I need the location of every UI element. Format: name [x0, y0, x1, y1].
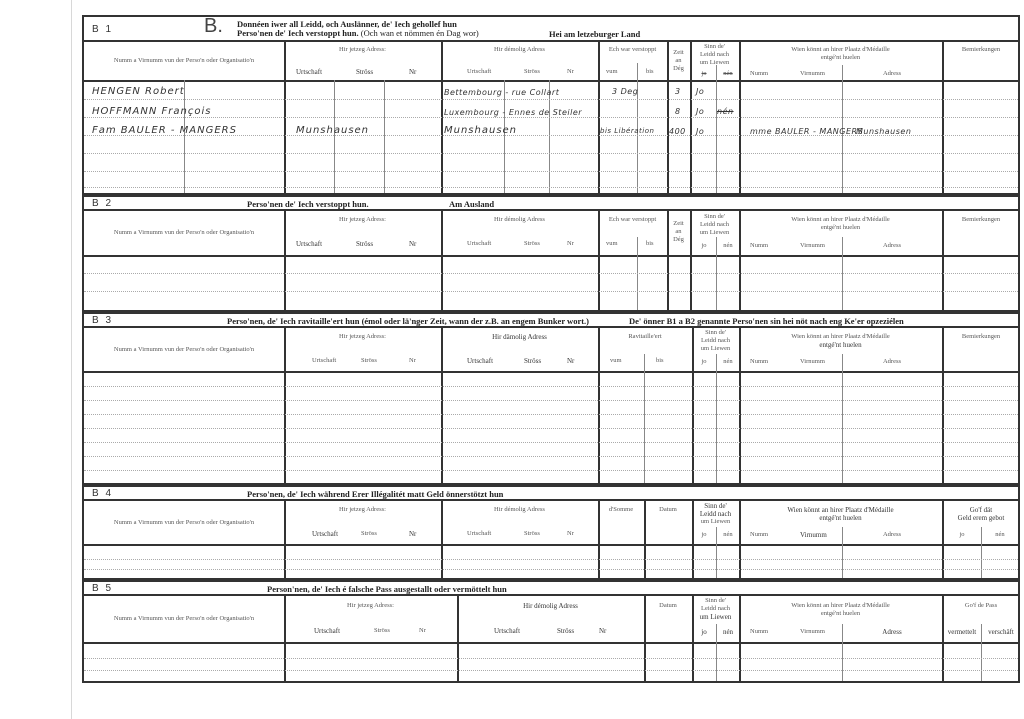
col-divider — [716, 354, 717, 483]
entry-period: 3 Deg — [612, 87, 638, 96]
header-from: vum — [606, 240, 618, 248]
entry-former-address: Bettembourg - rue Collart — [444, 88, 559, 97]
header-medal-1: Wien könnt an hirer Plaatz d'Médaille — [739, 506, 942, 514]
section-title-right: Am Ausland — [449, 199, 494, 209]
header-medal-name: Numm — [750, 531, 768, 539]
header-pass-provided: verschäft — [982, 628, 1020, 636]
col-divider — [842, 354, 843, 483]
header-medal-first: Virnumm — [800, 70, 825, 78]
header-medal-2: entgé'nt huelen — [739, 610, 942, 618]
section-id: B 4 — [92, 488, 113, 499]
row-rule — [84, 117, 1018, 118]
header-medal-2: entgé'nt huelen — [739, 224, 942, 232]
header-time-1: Zeit — [667, 220, 690, 228]
header-supplied: Ravitaille'ert — [598, 333, 692, 341]
header-street: Ströss — [524, 68, 540, 76]
form-letter: B. — [204, 15, 223, 38]
section-title-line2: Perso'nen de' Iech verstoppt hun. (Och w… — [237, 28, 479, 38]
header-pass-issued: vermettelt — [942, 628, 982, 636]
header-bottom-rule — [84, 80, 1018, 82]
section-id: B 3 — [92, 315, 113, 326]
header-hidden: Ech war verstoppt — [598, 216, 667, 224]
col-divider — [598, 328, 600, 483]
section-title: Perso'nen, de' Iech ravitaille'ert hun (… — [227, 316, 589, 326]
header-gift-2: Geld erem gebot — [942, 514, 1020, 522]
header-name: Numm a Virnumm vun der Perso'n oder Orga… — [84, 519, 284, 527]
section-b3-header: B 3 Perso'nen, de' Iech ravitaille'ert h… — [84, 314, 1018, 328]
col-divider — [644, 354, 645, 483]
col-divider — [942, 211, 944, 310]
header-current-address: Hir jetzeg Adress: — [284, 46, 441, 54]
header-to: bis — [646, 68, 654, 76]
header-town: Urtschaft — [312, 530, 338, 538]
row-rule — [84, 153, 1018, 154]
section-b4-header: B 4 Perso'nen, de' Iech während Erer Ill… — [84, 487, 1018, 501]
entry-name: HOFFMANN François — [92, 106, 211, 117]
entry-name: HENGEN Robert — [92, 86, 185, 97]
header-bottom-rule — [84, 544, 1018, 546]
header-alive-3: um Liewen — [690, 59, 739, 67]
header-alive-3: um Liewen — [692, 345, 739, 353]
section-b5-header: B 5 Person'nen, de' Iech é falsche Pass … — [84, 582, 1018, 596]
col-divider — [334, 80, 335, 193]
entry-alive-yes: Jo — [696, 127, 704, 136]
header-current-address: Hir jetzeg Adress: — [284, 506, 441, 514]
section-title: Person'nen, de' Iech é falsche Pass ausg… — [267, 584, 507, 594]
entry-former-address: Luxembourg - Ennes de Steiler — [444, 108, 582, 117]
header-hidden: Ech war verstoppt — [598, 46, 667, 54]
header-no: nén — [718, 628, 738, 636]
header-yes: jo — [694, 531, 714, 539]
header-no: nén — [718, 531, 738, 539]
header-town: Urtschaft — [467, 240, 491, 248]
header-street: Ströss — [356, 240, 373, 248]
col-divider — [739, 328, 741, 483]
header-former-address: Hir démolig Adress — [441, 506, 598, 514]
header-remarks: Bemierkungen — [942, 46, 1020, 54]
col-divider — [384, 80, 385, 193]
header-street: Ströss — [356, 68, 373, 76]
header-medal-address: Adress — [842, 70, 942, 78]
entry-medal-address: Munshausen — [856, 127, 911, 136]
header-medal-first: Virnumm — [800, 628, 825, 636]
col-divider — [598, 211, 600, 310]
section-b3: B 3 Perso'nen, de' Iech ravitaille'ert h… — [82, 312, 1020, 485]
col-divider — [716, 527, 717, 578]
header-alive-1: Sinn de' — [692, 502, 739, 510]
entry-medal-name: mme BAULER - MANGERS — [750, 127, 863, 136]
header-name: Numm a Virnumm vun der Perso'n oder Orga… — [84, 229, 284, 237]
row-rule — [84, 400, 1018, 401]
entry-current-town: Munshausen — [296, 125, 369, 136]
row-rule — [84, 187, 1018, 188]
row-rule — [84, 442, 1018, 443]
header-nr: Nr — [567, 357, 574, 365]
section-b1: B 1 B. Donnéen iwer all Leidd, och Auslä… — [82, 15, 1020, 195]
header-nr: Nr — [409, 357, 416, 365]
header-bottom-rule — [84, 371, 1018, 373]
header-alive-1: Sinn de' — [690, 213, 739, 221]
header-medal-name: Numm — [750, 242, 768, 250]
header-nr: Nr — [419, 627, 426, 635]
section-b2-header: B 2 Perso'nen de' Iech verstoppt hun. Am… — [84, 197, 1018, 211]
section-id: B 1 — [92, 24, 113, 35]
header-yes: jo — [694, 70, 714, 78]
header-street: Ströss — [557, 627, 574, 635]
header-street: Ströss — [361, 357, 377, 365]
header-medal-address: Adress — [842, 242, 942, 250]
header-alive-2: Leidd nach — [692, 337, 739, 345]
header-time-3: Dég — [667, 236, 690, 244]
header-medal-name: Numm — [750, 358, 768, 366]
entry-period: bis Libération — [600, 127, 654, 135]
header-town: Urtschaft — [467, 68, 491, 76]
header-nr: Nr — [567, 530, 574, 538]
header-former-address: Hir démolig Adress — [457, 602, 644, 610]
row-rule — [84, 428, 1018, 429]
header-no: nén — [718, 242, 738, 250]
header-alive-2: Leidd nach — [692, 510, 739, 518]
page-fold-line — [71, 0, 72, 719]
header-medal-2: entgé'nt huelen — [739, 514, 942, 522]
header-gift-1: Go'f dät — [942, 506, 1020, 514]
section-b1-header: B 1 B. Donnéen iwer all Leidd, och Auslä… — [84, 17, 1018, 42]
section-b5: B 5 Person'nen, de' Iech é falsche Pass … — [82, 580, 1020, 683]
header-date: Datum — [644, 506, 692, 514]
header-medal-name: Numm — [750, 628, 768, 636]
section-id: B 5 — [92, 583, 113, 594]
section-b4: B 4 Perso'nen, de' Iech während Erer Ill… — [82, 485, 1020, 580]
entry-former-address: Munshausen — [444, 125, 517, 136]
header-no: nén — [718, 70, 738, 78]
header-nr: Nr — [599, 627, 606, 635]
col-divider — [981, 527, 982, 578]
header-gift-yes: jo — [946, 531, 978, 539]
header-former-address: Hir démolig Adress — [441, 216, 598, 224]
header-former-address: Hir démolig Adress — [441, 46, 598, 54]
header-current-address: Hir jetzeg Adress: — [284, 216, 441, 224]
row-rule — [84, 386, 1018, 387]
header-yes: jo — [694, 628, 714, 636]
header-remarks: Bemierkungen — [942, 333, 1020, 341]
header-nr: Nr — [409, 68, 416, 76]
header-street: Ströss — [524, 357, 541, 365]
header-medal-1: Wien könnt an hirer Plaatz d'Médaille — [739, 333, 942, 341]
header-street: Ströss — [524, 530, 540, 538]
col-divider — [716, 65, 717, 193]
row-rule — [84, 414, 1018, 415]
col-divider — [942, 328, 944, 483]
header-time-1: Zeit — [667, 49, 690, 57]
header-medal-1: Wien könnt an hirer Plaatz d'Médaille — [739, 602, 942, 610]
header-town: Urtschaft — [296, 68, 322, 76]
header-medal-address: Adress — [842, 531, 942, 539]
header-yes: jo — [694, 242, 714, 250]
col-divider — [441, 211, 443, 310]
entry-name: Fam BAULER - MANGERS — [92, 125, 237, 136]
header-current-address: Hir jetzeg Adress: — [284, 333, 441, 341]
row-rule — [84, 291, 1018, 292]
header-time-3: Dég — [667, 65, 690, 73]
header-medal-1: Wien könnt an hirer Plaatz d'Médaille — [739, 216, 942, 224]
row-rule — [84, 670, 1018, 671]
row-rule — [84, 171, 1018, 172]
header-nr: Nr — [567, 240, 574, 248]
header-from: vum — [610, 357, 622, 365]
header-town: Urtschaft — [467, 357, 493, 365]
row-rule — [84, 456, 1018, 457]
header-time-2: an — [667, 57, 690, 65]
header-town: Urtschaft — [312, 357, 336, 365]
header-medal-2: entgé'nt huelen — [739, 54, 942, 62]
header-sum: d'Somme — [598, 506, 644, 514]
header-nr: Nr — [409, 240, 416, 248]
col-divider — [284, 328, 286, 483]
header-town: Urtschaft — [314, 627, 340, 635]
entry-alive-yes: Jo — [696, 87, 704, 96]
col-divider — [284, 211, 286, 310]
header-bottom-rule — [84, 642, 1018, 644]
header-alive-1: Sinn de' — [692, 329, 739, 337]
section-id: B 2 — [92, 198, 113, 209]
header-town: Urtschaft — [296, 240, 322, 248]
header-nr: Nr — [409, 530, 416, 538]
section-title-bold: De' önner B1 a B2 genannte Perso'nen sin… — [629, 316, 904, 326]
entry-days: 400 — [669, 127, 686, 136]
header-alive-2: Leidd nach — [690, 51, 739, 59]
entry-days: 8 — [675, 107, 681, 116]
header-alive-1: Sinn de' — [690, 43, 739, 51]
row-rule — [84, 569, 1018, 570]
header-to: bis — [646, 240, 654, 248]
header-gift-no: nén — [984, 531, 1016, 539]
header-no: nén — [718, 358, 738, 366]
header-medal-2: entgé'nt huelen — [739, 341, 942, 349]
entry-days: 3 — [675, 87, 681, 96]
section-b2: B 2 Perso'nen de' Iech verstoppt hun. Am… — [82, 195, 1020, 312]
header-medal-address: Adress — [842, 628, 942, 636]
header-medal-first: Virnumm — [800, 242, 825, 250]
header-street: Ströss — [361, 530, 377, 538]
header-time-2: an — [667, 228, 690, 236]
header-remarks: Bemierkungen — [942, 216, 1020, 224]
header-alive-2: Leidd nach — [690, 221, 739, 229]
header-pass: Go'f de Pass — [942, 602, 1020, 610]
header-current-address: Hir jetzeg Adress: — [284, 602, 457, 610]
header-date: Datum — [644, 602, 692, 610]
row-rule — [84, 273, 1018, 274]
col-divider — [716, 624, 717, 681]
header-former-address: Hir dämolig Adress — [441, 333, 598, 341]
header-bottom-rule — [84, 255, 1018, 257]
row-rule — [84, 470, 1018, 471]
header-medal-first: Virnumm — [800, 531, 827, 539]
header-medal-first: Virnumm — [800, 358, 825, 366]
section-title: Perso'nen de' Iech verstoppt hun. — [247, 199, 369, 209]
header-nr: Nr — [567, 68, 574, 76]
row-rule — [84, 559, 1018, 560]
col-divider — [441, 328, 443, 483]
entry-alive-no: nén — [717, 107, 734, 116]
header-yes: jo — [694, 358, 714, 366]
header-from: vum — [606, 68, 618, 76]
header-alive-1: Sinn de' — [692, 597, 739, 605]
header-alive-3: um Liewen — [690, 229, 739, 237]
header-alive-3: um Liewen — [692, 613, 739, 621]
row-rule — [84, 99, 1018, 100]
header-medal-name: Numm — [750, 70, 768, 78]
section-title: Perso'nen, de' Iech während Erer Illégal… — [247, 489, 503, 499]
header-town: Urtschaft — [494, 627, 520, 635]
header-to: bis — [656, 357, 664, 365]
header-town: Urtschaft — [467, 530, 491, 538]
header-medal-address: Adress — [842, 358, 942, 366]
row-rule — [84, 658, 1018, 659]
header-name: Numm a Virnumm vun der Perso'n oder Orga… — [84, 57, 284, 65]
header-name: Numm a Virnumm vun der Perso'n oder Orga… — [84, 346, 284, 354]
header-name: Numm a Virnumm vun der Perso'n oder Orga… — [84, 615, 284, 623]
header-alive-3: um Liewen — [692, 518, 739, 526]
entry-alive-yes: Jo — [696, 107, 704, 116]
header-medal-1: Wien könnt an hirer Plaatz d'Médaille — [739, 46, 942, 54]
header-alive-2: Leidd nach — [692, 605, 739, 613]
header-street: Ströss — [374, 627, 390, 635]
section-title-right: Hei am letzeburger Land — [549, 29, 640, 39]
header-street: Ströss — [524, 240, 540, 248]
